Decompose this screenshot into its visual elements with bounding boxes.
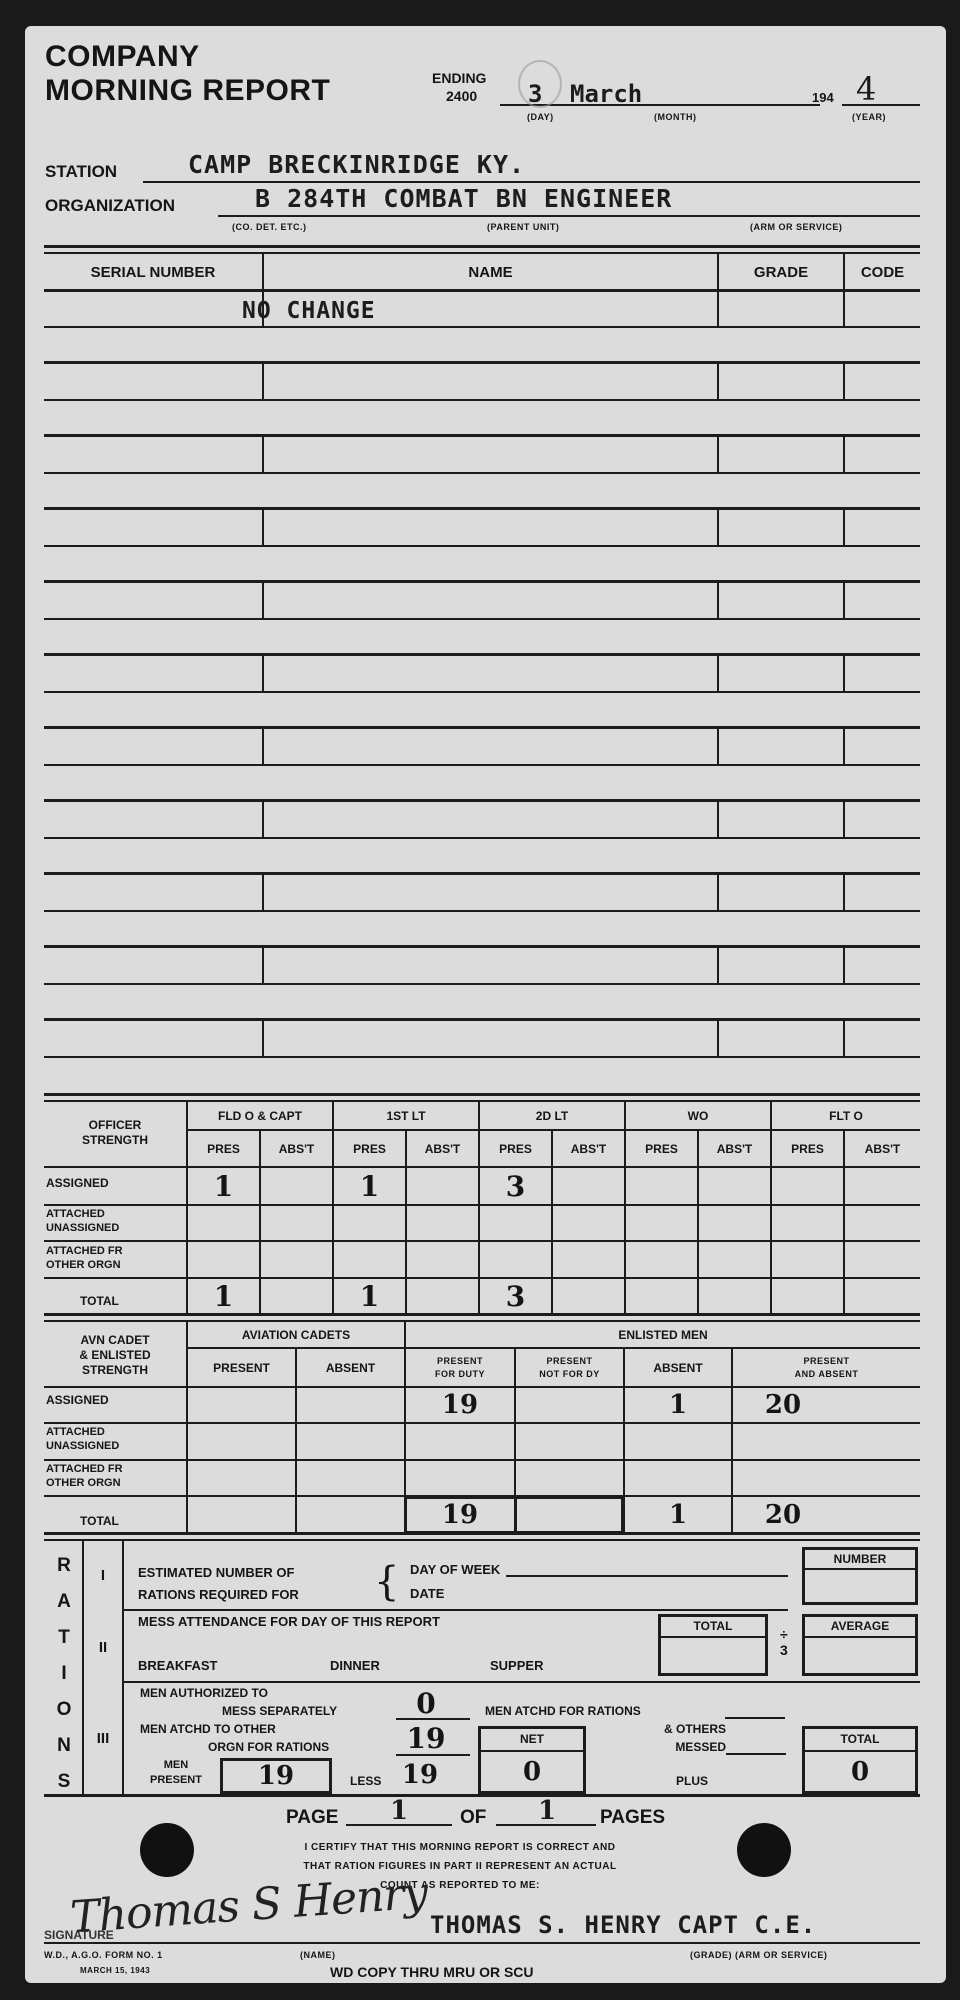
group-aviation-cadets: AVIATION CADETS (188, 1323, 404, 1347)
pages-label: PAGES (600, 1807, 665, 1829)
organization-underline (218, 215, 920, 217)
form-title-line1: COMPANY (45, 40, 200, 74)
day-caption: (DAY) (527, 112, 554, 122)
men-atchd-for-rations-field[interactable] (725, 1717, 785, 1719)
entry-no-change[interactable]: NO CHANGE (242, 298, 376, 324)
part-iii-numeral: III (84, 1684, 122, 1792)
officer-assigned-1stlt-pres[interactable]: 1 (334, 1168, 405, 1204)
col-cadet-present: PRESENT (188, 1349, 295, 1386)
divide-by-three: ÷3 (780, 1626, 788, 1658)
year-caption: (YEAR) (852, 112, 886, 122)
day-of-week-label: DAY OF WEEK (410, 1562, 500, 1577)
men-atchd-other-value[interactable]: 19 (396, 1722, 456, 1754)
officer-assigned-2dlt-pres[interactable]: 3 (480, 1168, 551, 1204)
group-enlisted-men: ENLISTED MEN (406, 1323, 920, 1347)
typed-name-grade[interactable]: THOMAS S. HENRY CAPT C.E. (430, 1911, 816, 1939)
year-underline (842, 104, 920, 106)
officer-group-wo: WO (626, 1103, 770, 1129)
year-digit-value[interactable]: 4 (856, 70, 876, 108)
men-present-value[interactable]: 19 (222, 1760, 330, 1792)
signature-line (44, 1942, 920, 1944)
of-value[interactable]: 1 (538, 1796, 556, 1826)
station-value[interactable]: CAMP BRECKINRIDGE KY. (188, 150, 525, 179)
enlisted-row-assigned: ASSIGNED (46, 1393, 109, 1407)
men-authorized-value[interactable]: 0 (396, 1688, 456, 1718)
men-authorized-label-1: MEN AUTHORIZED TO (140, 1686, 268, 1700)
subheader-abst: ABS'T (407, 1131, 478, 1166)
col-present-for-duty: PRESENTFOR DUTY (406, 1349, 514, 1386)
rations-side-label: RATIONS (52, 1548, 76, 1800)
ration-number-label: NUMBER (804, 1549, 916, 1568)
part-ii-numeral: II (84, 1612, 122, 1682)
enlisted-title-1: AVN CADET (80, 1333, 149, 1348)
others-label-2: MESSED (626, 1740, 726, 1754)
copy-routing-note: WD COPY THRU MRU OR SCU (330, 1964, 534, 1980)
men-atchd-for-rations-label: MEN ATCHD FOR RATIONS (485, 1704, 641, 1718)
net-label: NET (480, 1728, 584, 1750)
net-value[interactable]: 0 (480, 1752, 584, 1792)
month-value[interactable]: March (570, 80, 642, 108)
less-label: LESS (350, 1774, 381, 1788)
day-value[interactable]: 3 (528, 80, 542, 108)
punch-hole-right (737, 1823, 791, 1877)
enlisted-total-present-and-absent[interactable]: 20 (733, 1497, 833, 1533)
breakfast-label: BREAKFAST (138, 1658, 217, 1673)
enlisted-row-attached-unassigned: ATTACHEDUNASSIGNED (46, 1425, 119, 1453)
part-i-description: ESTIMATED NUMBER OFRATIONS REQUIRED FOR (138, 1562, 299, 1606)
enlisted-row-attached-fr-other-orgn: ATTACHED FROTHER ORGN (46, 1462, 123, 1490)
officer-group-flt-o: FLT O (772, 1103, 920, 1129)
of-label: OF (460, 1807, 486, 1829)
name-caption: (NAME) (300, 1950, 336, 1960)
officer-group-fld-o-capt: FLD O & CAPT (188, 1103, 332, 1129)
column-header-serial-number: SERIAL NUMBER (44, 256, 262, 289)
enlisted-total-present-for-duty[interactable]: 19 (406, 1497, 514, 1533)
page-value[interactable]: 1 (390, 1796, 408, 1826)
officer-strength-title-1: OFFICER (89, 1118, 142, 1133)
men-authorized-label-2: MESS SEPARATELY (222, 1704, 337, 1718)
enlisted-row-total: TOTAL (80, 1514, 119, 1528)
officer-row-attached-fr-other-orgn: ATTACHED FROTHER ORGN (46, 1244, 123, 1272)
column-header-name: NAME (264, 256, 717, 289)
col-absent: ABSENT (625, 1349, 731, 1386)
enlisted-assigned-present-for-duty[interactable]: 19 (406, 1388, 514, 1422)
year-prefix: 194 (812, 90, 834, 105)
enlisted-assigned-absent[interactable]: 1 (625, 1388, 731, 1422)
others-messed-field[interactable] (726, 1753, 786, 1755)
rations-total-label: TOTAL (804, 1728, 916, 1750)
form-date: MARCH 15, 1943 (80, 1966, 150, 1975)
others-label-1: & OTHERS (626, 1722, 726, 1736)
form-title-line2: MORNING REPORT (45, 74, 330, 108)
officer-group-2d-lt: 2D LT (480, 1103, 624, 1129)
date-label: DATE (410, 1586, 444, 1601)
col-present-and-absent: PRESENTAND ABSENT (733, 1349, 920, 1386)
subheader-pres: PRES (626, 1131, 697, 1166)
officer-row-assigned: ASSIGNED (46, 1176, 109, 1190)
enlisted-total-absent[interactable]: 1 (625, 1497, 731, 1533)
col-cadet-absent: ABSENT (297, 1349, 404, 1386)
subheader-abst: ABS'T (845, 1131, 920, 1166)
mess-attendance-title: MESS ATTENDANCE FOR DAY OF THIS REPORT (138, 1614, 440, 1629)
dinner-label: DINNER (330, 1658, 380, 1673)
officer-row-total: TOTAL (80, 1294, 119, 1308)
column-header-grade: GRADE (719, 256, 843, 289)
co-det-caption: (CO. DET. ETC.) (232, 222, 307, 232)
rations-total-value[interactable]: 0 (804, 1752, 916, 1792)
officer-strength-title-2: STRENGTH (82, 1133, 148, 1148)
grade-arm-caption: (GRADE) (ARM OR SERVICE) (690, 1950, 827, 1960)
men-present-label: MENPRESENT (150, 1758, 202, 1788)
men-atchd-other-label-1: MEN ATCHD TO OTHER (140, 1722, 276, 1736)
less-value[interactable]: 19 (390, 1758, 450, 1792)
plus-label: PLUS (676, 1774, 708, 1788)
station-underline (143, 181, 920, 183)
form-number: W.D., A.G.O. FORM NO. 1 (44, 1950, 163, 1960)
subheader-abst: ABS'T (553, 1131, 624, 1166)
mess-average-label: AVERAGE (804, 1616, 916, 1636)
organization-label: ORGANIZATION (45, 196, 175, 216)
subheader-pres: PRES (480, 1131, 551, 1166)
subheader-abst: ABS'T (261, 1131, 332, 1166)
enlisted-title-2: & ENLISTED (79, 1348, 150, 1363)
ending-time-label: 2400 (446, 88, 477, 104)
enlisted-assigned-present-and-absent[interactable]: 20 (733, 1388, 833, 1422)
organization-value[interactable]: B 284TH COMBAT BN ENGINEER (255, 184, 672, 213)
supper-label: SUPPER (490, 1658, 543, 1673)
men-atchd-other-label-2: ORGN FOR RATIONS (208, 1740, 329, 1754)
page-label: PAGE (286, 1807, 338, 1829)
subheader-pres: PRES (772, 1131, 843, 1166)
officer-total-2dlt-pres[interactable]: 3 (480, 1279, 551, 1313)
officer-group-1st-lt: 1ST LT (334, 1103, 478, 1129)
station-label: STATION (45, 162, 117, 182)
ending-label: ENDING (432, 70, 486, 86)
officer-assigned-fld-pres[interactable]: 1 (188, 1168, 259, 1204)
part-i-numeral: I (84, 1545, 122, 1605)
officer-row-attached-unassigned: ATTACHEDUNASSIGNED (46, 1207, 119, 1235)
parent-unit-caption: (PARENT UNIT) (487, 222, 559, 232)
arm-service-caption: (ARM OR SERVICE) (750, 222, 842, 232)
officer-total-1stlt-pres[interactable]: 1 (334, 1279, 405, 1313)
officer-total-fld-pres[interactable]: 1 (188, 1279, 259, 1313)
mess-total-label: TOTAL (660, 1616, 766, 1636)
column-header-code: CODE (845, 256, 920, 289)
punch-hole-left (140, 1823, 194, 1877)
brace-icon: { (374, 1560, 399, 1604)
day-of-week-field[interactable] (506, 1575, 788, 1577)
col-present-not-for-duty: PRESENTNOT FOR DY (516, 1349, 623, 1386)
subheader-abst: ABS'T (699, 1131, 770, 1166)
subheader-pres: PRES (188, 1131, 259, 1166)
month-caption: (MONTH) (654, 112, 697, 122)
subheader-pres: PRES (334, 1131, 405, 1166)
enlisted-title-3: STRENGTH (82, 1363, 148, 1378)
